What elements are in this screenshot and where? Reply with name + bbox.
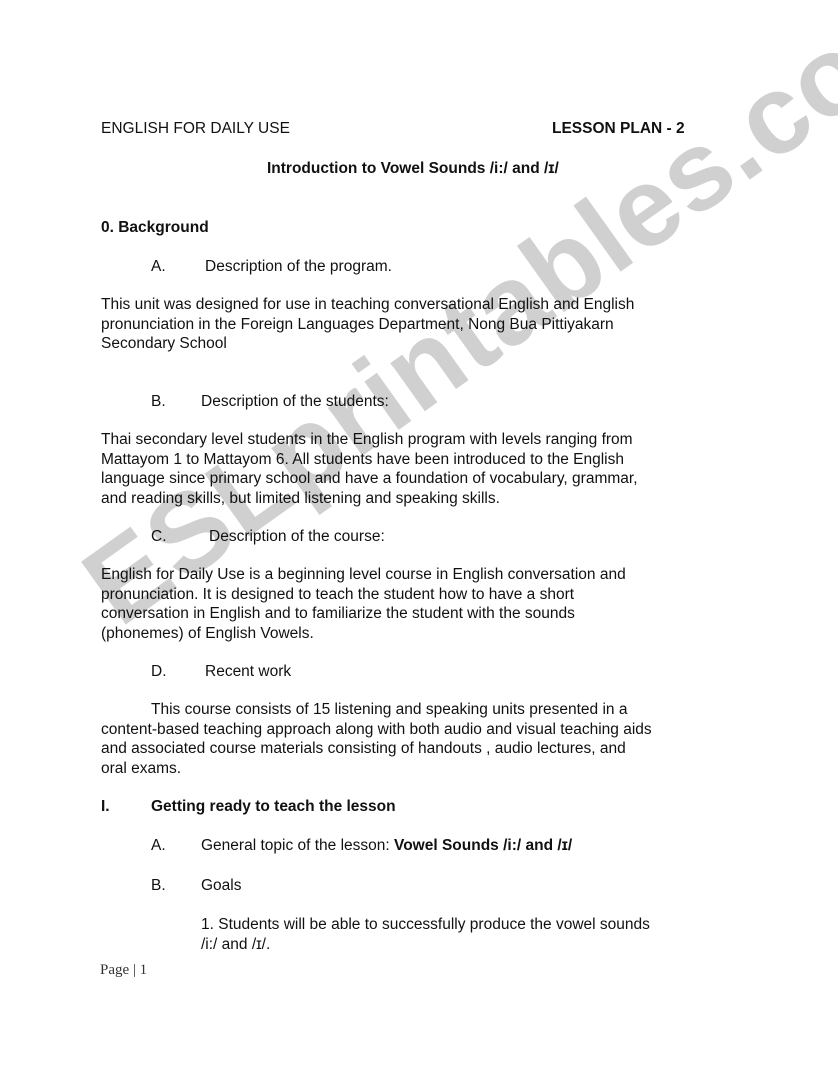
paragraph-line: pronunciation. It is designed to teach t… (101, 585, 761, 605)
background-c-letter: C. (151, 527, 167, 547)
paragraph-line: Mattayom 1 to Mattayom 6. All students h… (101, 450, 761, 470)
background-b-letter: B. (151, 392, 166, 412)
paragraph-line: English for Daily Use is a beginning lev… (101, 565, 761, 585)
background-d-letter: D. (151, 662, 167, 682)
recent-work-description: This course consists of 15 listening and… (101, 700, 761, 778)
section-1-heading: Getting ready to teach the lesson (151, 797, 396, 817)
background-heading: 0. Background (101, 218, 209, 238)
paragraph-line: language since primary school and have a… (101, 469, 761, 489)
paragraph-line: and associated course materials consisti… (101, 739, 761, 759)
course-title: ENGLISH FOR DAILY USE (101, 119, 290, 139)
paragraph-line: and reading skills, but limited listenin… (101, 489, 761, 509)
section-1-b-label: Goals (201, 876, 242, 896)
section-1-a-letter: A. (151, 836, 166, 856)
topic-value: Vowel Sounds /i:/ and /ɪ/ (394, 837, 572, 854)
document-page: ESLprintables.com ENGLISH FOR DAILY USE … (0, 0, 838, 1086)
background-c-label: Description of the course: (209, 527, 385, 547)
students-description: Thai secondary level students in the Eng… (101, 430, 761, 508)
paragraph-line: (phonemes) of English Vowels. (101, 624, 761, 644)
paragraph-line: content-based teaching approach along wi… (101, 720, 761, 740)
paragraph-line: Thai secondary level students in the Eng… (101, 430, 761, 450)
background-b-label: Description of the students: (201, 392, 389, 412)
page-number: Page | 1 (100, 962, 147, 979)
paragraph-line: oral exams. (101, 759, 761, 779)
section-1-numeral: I. (101, 797, 110, 817)
goal-1: 1. Students will be able to successfully… (201, 915, 761, 954)
lesson-title: Introduction to Vowel Sounds /i:/ and /ɪ… (267, 159, 559, 179)
background-d-label: Recent work (205, 662, 291, 682)
paragraph-line: conversation in English and to familiari… (101, 604, 761, 624)
paragraph-line: /i:/ and /ɪ/. (201, 935, 761, 955)
paragraph-line: This unit was designed for use in teachi… (101, 295, 761, 315)
paragraph-line: This course consists of 15 listening and… (101, 700, 761, 720)
topic-label: General topic of the lesson: (201, 837, 394, 854)
lesson-plan-number: LESSON PLAN - 2 (552, 119, 685, 139)
paragraph-line: 1. Students will be able to successfully… (201, 915, 761, 935)
background-a-letter: A. (151, 257, 166, 277)
paragraph-line: pronunciation in the Foreign Languages D… (101, 315, 761, 335)
section-1-a-text: General topic of the lesson: Vowel Sound… (201, 836, 572, 856)
course-description: English for Daily Use is a beginning lev… (101, 565, 761, 643)
background-a-label: Description of the program. (205, 257, 392, 277)
section-1-b-letter: B. (151, 876, 166, 896)
paragraph-line: Secondary School (101, 334, 761, 354)
program-description: This unit was designed for use in teachi… (101, 295, 761, 354)
